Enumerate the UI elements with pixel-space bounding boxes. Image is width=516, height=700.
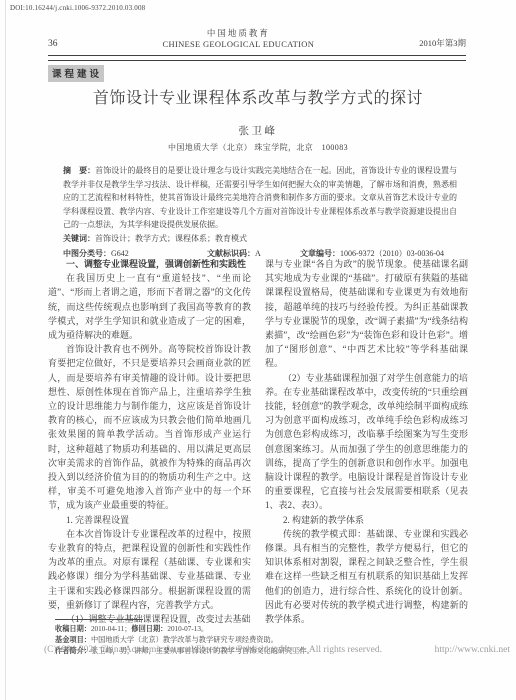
footnote-lines: 收稿日期：2010-04-11；修回日期：2010-07-13。基金项目：中国地… — [55, 624, 446, 656]
page-number: 36 — [48, 39, 58, 50]
journal-title-cn: 中国地质教育 — [163, 28, 315, 39]
abstract-block: 摘 要：首饰设计的最终目的是要让设计理念与设计实践完美地结合在一起。因此，首饰设… — [63, 164, 457, 260]
issue-label: 2010年第3期 — [419, 37, 466, 50]
subsection-heading-1: 1. 完善课程设置 — [48, 513, 251, 527]
footnote-dates: 收稿日期：2010-04-11；修回日期：2010-07-13。 — [55, 624, 446, 635]
footnotes: 收稿日期：2010-04-11；修回日期：2010-07-13。基金项目：中国地… — [55, 619, 446, 656]
section-heading-1: 一、调整专业课程设置，强调创新性和实践性 — [48, 257, 251, 271]
journal-title: 中国地质教育 CHINESE GEOLOGICAL EDUCATION — [163, 28, 315, 50]
journal-page: DOI:10.16244/j.cnki.1006-9372.2010.03.00… — [0, 0, 516, 700]
abstract-paragraph: 摘 要：首饰设计的最终目的是要让设计理念与设计实践完美地结合在一起。因此，首饰设… — [63, 164, 457, 232]
footnote-fund: 基金项目：中国地质大学（北京）教学改革与教学研究专项经费资助。 — [55, 635, 446, 646]
abstract-text: 首饰设计的最终目的是要让设计理念与设计实践完美地结合在一起。因此，首饰设计专业的… — [63, 166, 457, 229]
article-title: 首饰设计专业课程体系改革与教学方式的探讨 — [0, 85, 516, 108]
subsection-heading-2: 2. 构建新的教学体系 — [265, 513, 468, 527]
right-column: 课与专业课“各自为政”的脱节现象。使基础课名副其实地成为专业课的“基础”。打破原… — [265, 257, 468, 626]
keywords-text: 首饰设计；教学方式；课程体系；教育模式 — [95, 234, 247, 243]
paragraph: 首饰设计教育也不例外。高等院校首饰设计教育要把定位做好，不只是要培养只会画商业款… — [48, 342, 251, 512]
doi-text: DOI:10.16244/j.cnki.1006-9372.2010.03.00… — [10, 4, 145, 12]
journal-title-en: CHINESE GEOLOGICAL EDUCATION — [163, 39, 315, 50]
header-divider — [48, 55, 466, 61]
footnote-author-bio: 作者简介：张卫峰，男，讲师，主要从事首饰设计的教学与首饰文化的研究工作。 — [55, 646, 446, 657]
paragraph: 在我国历史上一直有“重道轻技”、“坐而论道”、“形而上者谓之道，形而下者谓之器”… — [48, 271, 251, 342]
section-label: 课程建设 — [48, 65, 104, 82]
article-body: 一、调整专业课程设置，强调创新性和实践性在我国历史上一直有“重道轻技”、“坐而论… — [48, 257, 468, 626]
paragraph: 在本次首饰设计专业课程改革的过程中，按照专业教育的特点，把课程设置的创新性和实践… — [48, 527, 251, 612]
abstract-label: 摘 要： — [63, 166, 95, 175]
paragraph: （2）专业基础课程加强了对学生创意能力的培养。在专业基础课程改革中，改变传统的“… — [265, 371, 468, 513]
keywords-line: 关键词：首饰设计；教学方式；课程体系；教育模式 — [63, 232, 457, 246]
left-column: 一、调整专业课程设置，强调创新性和实践性在我国历史上一直有“重道轻技”、“坐而论… — [48, 257, 251, 626]
keywords-label: 关键词： — [63, 234, 95, 243]
author-affiliation: 中国地质大学（北京） 珠宝学院，北京 100083 — [0, 142, 516, 153]
paragraph: 课与专业课“各自为政”的脱节现象。使基础课名副其实地成为专业课的“基础”。打破原… — [265, 257, 468, 371]
journal-header: 36 中国地质教育 CHINESE GEOLOGICAL EDUCATION 2… — [48, 28, 466, 50]
paragraph: 传统的教学模式即：基础课、专业课和实践必修课。具有相当的完整性，教学方便易行，但… — [265, 527, 468, 626]
footnote-divider — [55, 619, 143, 620]
author-name: 张卫峰 — [0, 123, 516, 138]
